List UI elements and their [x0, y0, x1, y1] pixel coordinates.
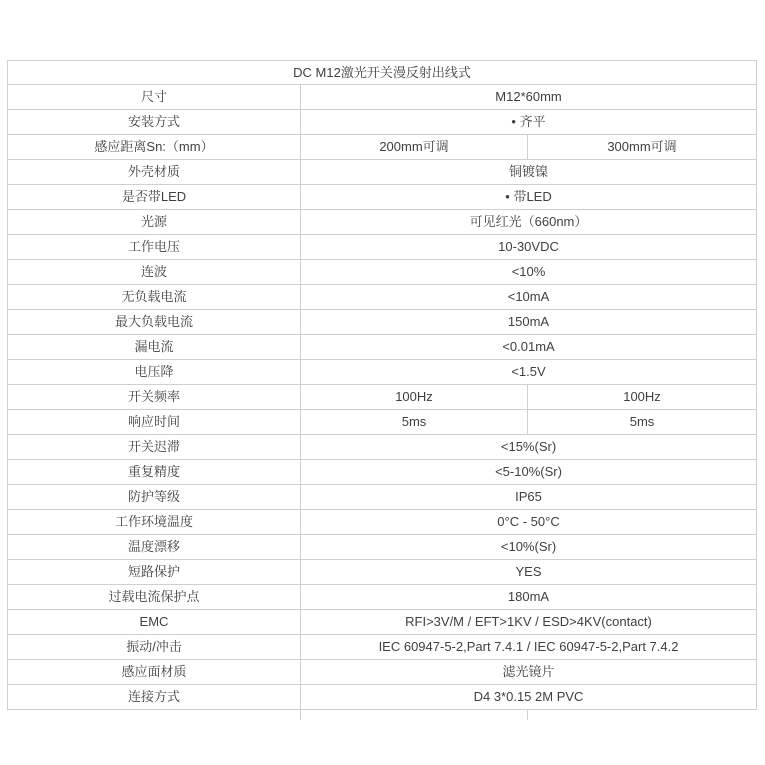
table-row: 电压降<1.5V — [8, 360, 757, 385]
spec-table: DC M12激光开关漫反射出线式 尺寸M12*60mm安装方式• 齐平感应距离S… — [7, 60, 757, 710]
spec-value: <10%(Sr) — [301, 535, 757, 560]
table-title-row: DC M12激光开关漫反射出线式 — [8, 61, 757, 85]
table-row: 尺寸M12*60mm — [8, 85, 757, 110]
spec-table-wrapper: DC M12激光开关漫反射出线式 尺寸M12*60mm安装方式• 齐平感应距离S… — [7, 60, 757, 710]
spec-value: IEC 60947-5-2,Part 7.4.1 / IEC 60947-5-2… — [301, 635, 757, 660]
table-row: 感应面材质滤光镜片 — [8, 660, 757, 685]
spec-label: 开关频率 — [8, 385, 301, 410]
table-row: 重复精度<5-10%(Sr) — [8, 460, 757, 485]
table-row: 响应时间5ms5ms — [8, 410, 757, 435]
spec-label: 连接方式 — [8, 685, 301, 710]
spec-value: RFI>3V/M / EFT>1KV / ESD>4KV(contact) — [301, 610, 757, 635]
spec-value: <5-10%(Sr) — [301, 460, 757, 485]
spec-label: 光源 — [8, 210, 301, 235]
spec-label: 感应面材质 — [8, 660, 301, 685]
spec-value: 300mm可调 — [528, 135, 757, 160]
spec-label: 是否带LED — [8, 185, 301, 210]
table-row: 温度漂移<10%(Sr) — [8, 535, 757, 560]
spec-value: 铜镀镍 — [301, 160, 757, 185]
spec-value: 5ms — [528, 410, 757, 435]
spec-label: 工作电压 — [8, 235, 301, 260]
table-row: 外壳材质铜镀镍 — [8, 160, 757, 185]
spec-label: 外壳材质 — [8, 160, 301, 185]
table-row: 漏电流<0.01mA — [8, 335, 757, 360]
spec-value: <10% — [301, 260, 757, 285]
table-row: 安装方式• 齐平 — [8, 110, 757, 135]
spec-value: <1.5V — [301, 360, 757, 385]
spec-value: 150mA — [301, 310, 757, 335]
table-row: 感应距离Sn:（mm）200mm可调300mm可调 — [8, 135, 757, 160]
column-divider-stub — [300, 710, 301, 720]
spec-value: 200mm可调 — [301, 135, 528, 160]
table-row: 工作环境温度0°C - 50°C — [8, 510, 757, 535]
spec-label: 安装方式 — [8, 110, 301, 135]
spec-value: 0°C - 50°C — [301, 510, 757, 535]
spec-value: 5ms — [301, 410, 528, 435]
table-row: EMCRFI>3V/M / EFT>1KV / ESD>4KV(contact) — [8, 610, 757, 635]
table-row: 短路保护YES — [8, 560, 757, 585]
table-row: 过载电流保护点180mA — [8, 585, 757, 610]
table-row: 振动/冲击IEC 60947-5-2,Part 7.4.1 / IEC 6094… — [8, 635, 757, 660]
spec-value: 10-30VDC — [301, 235, 757, 260]
spec-value: 100Hz — [528, 385, 757, 410]
spec-value: 100Hz — [301, 385, 528, 410]
spec-label: 漏电流 — [8, 335, 301, 360]
table-row: 光源可见红光（660nm） — [8, 210, 757, 235]
spec-value: • 带LED — [301, 185, 757, 210]
spec-label: EMC — [8, 610, 301, 635]
table-row: 连波<10% — [8, 260, 757, 285]
spec-label: 过载电流保护点 — [8, 585, 301, 610]
spec-label: 温度漂移 — [8, 535, 301, 560]
spec-label: 振动/冲击 — [8, 635, 301, 660]
spec-table-body: DC M12激光开关漫反射出线式 尺寸M12*60mm安装方式• 齐平感应距离S… — [8, 61, 757, 710]
spec-label: 感应距离Sn:（mm） — [8, 135, 301, 160]
spec-value: <10mA — [301, 285, 757, 310]
spec-label: 无负载电流 — [8, 285, 301, 310]
column-divider-stub — [527, 710, 528, 720]
spec-value: IP65 — [301, 485, 757, 510]
spec-label: 开关迟滞 — [8, 435, 301, 460]
table-row: 是否带LED• 带LED — [8, 185, 757, 210]
spec-value: 滤光镜片 — [301, 660, 757, 685]
spec-value: M12*60mm — [301, 85, 757, 110]
table-row: 连接方式D4 3*0.15 2M PVC — [8, 685, 757, 710]
spec-label: 最大负载电流 — [8, 310, 301, 335]
spec-value: <0.01mA — [301, 335, 757, 360]
table-row: 工作电压10-30VDC — [8, 235, 757, 260]
table-row: 防护等级IP65 — [8, 485, 757, 510]
spec-label: 工作环境温度 — [8, 510, 301, 535]
spec-label: 连波 — [8, 260, 301, 285]
spec-value: • 齐平 — [301, 110, 757, 135]
spec-value: <15%(Sr) — [301, 435, 757, 460]
spec-value: 180mA — [301, 585, 757, 610]
spec-label: 短路保护 — [8, 560, 301, 585]
spec-value: 可见红光（660nm） — [301, 210, 757, 235]
spec-label: 响应时间 — [8, 410, 301, 435]
table-row: 开关频率100Hz100Hz — [8, 385, 757, 410]
table-title: DC M12激光开关漫反射出线式 — [8, 61, 757, 85]
table-row: 开关迟滞<15%(Sr) — [8, 435, 757, 460]
spec-label: 重复精度 — [8, 460, 301, 485]
spec-label: 电压降 — [8, 360, 301, 385]
spec-label: 防护等级 — [8, 485, 301, 510]
spec-value: D4 3*0.15 2M PVC — [301, 685, 757, 710]
spec-value: YES — [301, 560, 757, 585]
table-row: 最大负载电流150mA — [8, 310, 757, 335]
spec-label: 尺寸 — [8, 85, 301, 110]
table-row: 无负载电流<10mA — [8, 285, 757, 310]
